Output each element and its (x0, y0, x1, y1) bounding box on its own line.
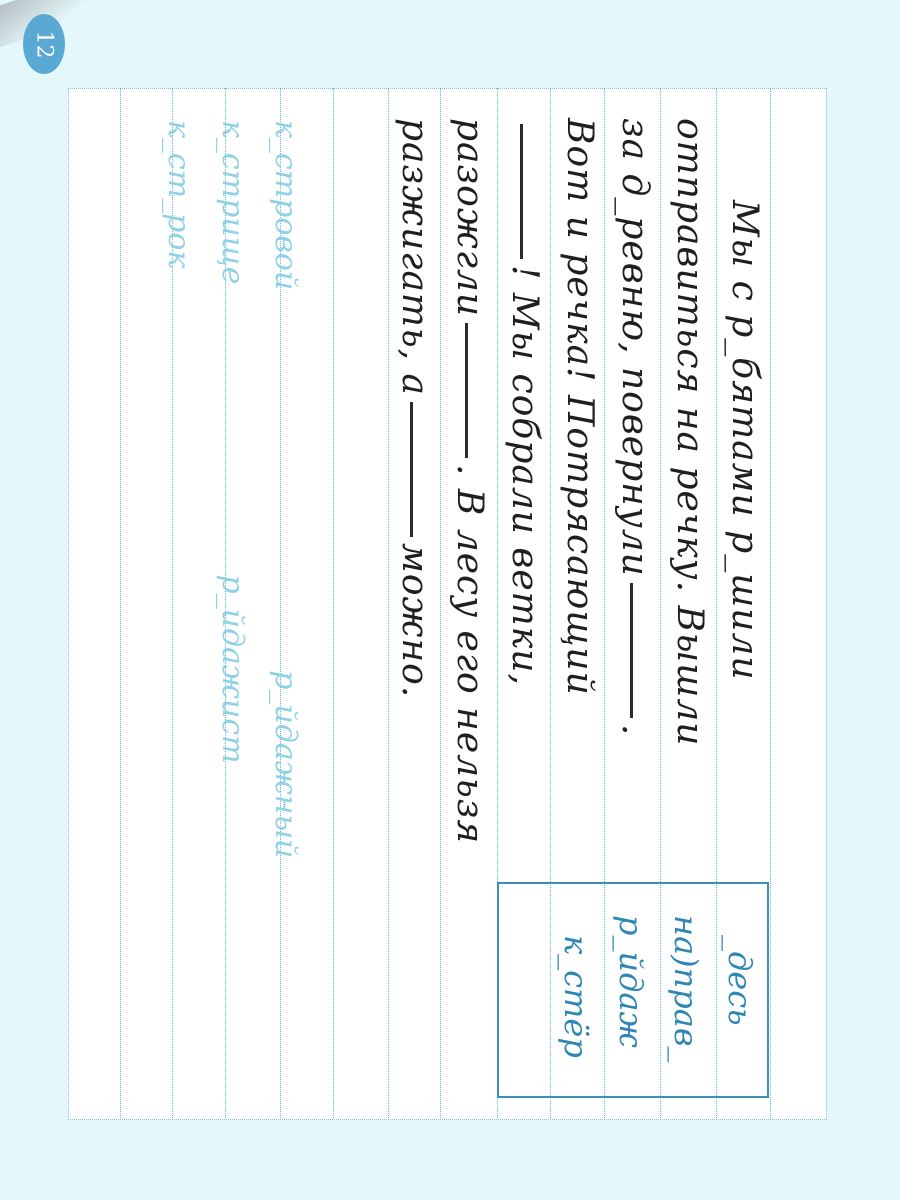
text-line-5: ! Мы собрали ветки, (506, 118, 542, 686)
exercise-column-1: к_стровойр_йдажный (270, 120, 300, 858)
word-bank-item: к_стёр (560, 935, 592, 1058)
rule-line (770, 88, 771, 1118)
rule-line (333, 88, 334, 1118)
fill-blank[interactable] (411, 402, 414, 537)
rule-line (440, 88, 441, 1118)
text-line-6: разожгли. В лесу его нельзя (451, 118, 487, 844)
page-number: 12 (32, 30, 57, 58)
exercise-column-2: к_стрищер_йдажист (217, 120, 247, 764)
rule-line (120, 88, 121, 1118)
text-line-2: отправиться на речку. Вышли (671, 118, 707, 746)
word-bank-item: _десь (724, 935, 756, 1026)
text-line-1: Мы с р_бятами р_шили (726, 200, 762, 681)
page-number-badge: 12 (23, 14, 65, 74)
word-bank-item: на)прав_ (670, 915, 702, 1062)
text-line-7: разжигать, аможно. (396, 118, 432, 698)
text-line-4: Вот и речка! Потрясающий (561, 118, 597, 696)
word-bank-item: р_йдаж (615, 915, 647, 1048)
rule-line (388, 88, 389, 1118)
exercise-column-3: к_ст_рок (163, 120, 193, 268)
fill-blank[interactable] (521, 124, 524, 259)
text-line-3: за д_ревню, повернули. (616, 118, 652, 736)
fill-blank[interactable] (631, 583, 634, 718)
fill-blank[interactable] (466, 323, 469, 458)
